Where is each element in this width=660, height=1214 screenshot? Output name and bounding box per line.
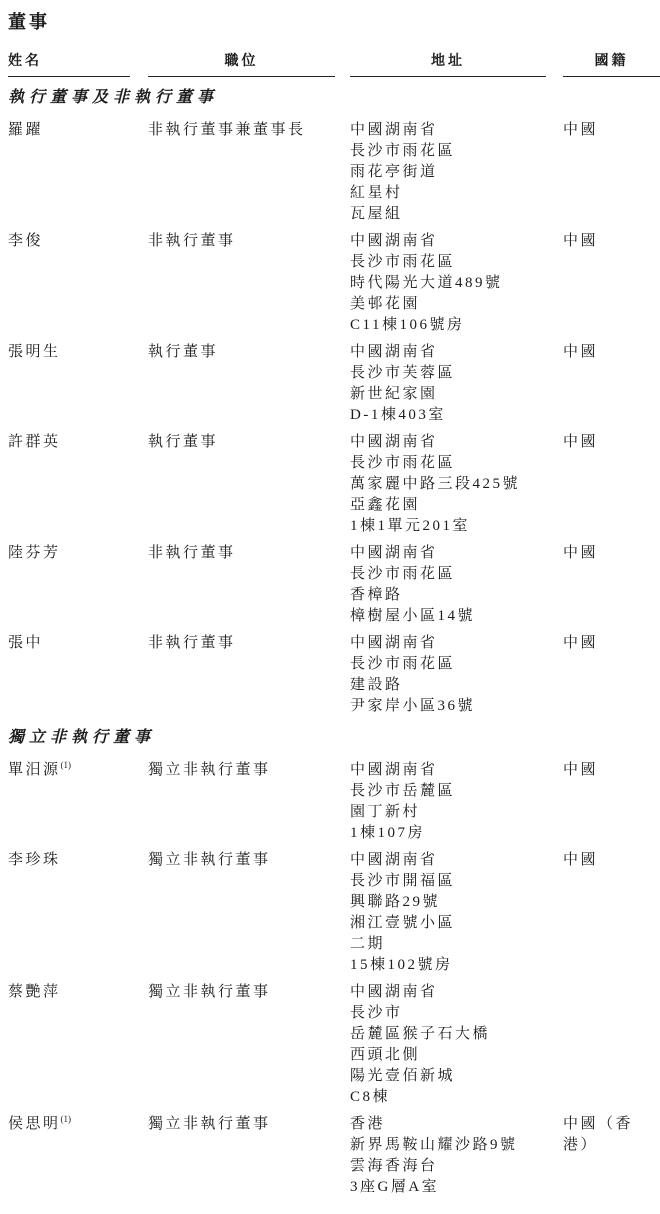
director-position: 非執行董事 (148, 231, 350, 252)
address-line: 興聯路29號 (350, 892, 563, 913)
address-line: 雲海香海台 (350, 1156, 563, 1177)
director-name: 蔡艷萍 (8, 982, 148, 1003)
address-line: 尹家岸小區36號 (350, 696, 563, 717)
director-row: 陸芬芳 非執行董事 中國湖南省長沙市雨花區香樟路樟樹屋小區14號 中國 (8, 543, 660, 627)
director-nationality: 中國 (563, 432, 660, 453)
director-name-text: 羅躍 (8, 122, 43, 138)
director-position: 獨立非執行董事 (148, 982, 350, 1003)
address-line: 1棟107房 (350, 823, 563, 844)
director-name-text: 蔡艷萍 (8, 984, 61, 1000)
address-line: 長沙市岳麓區 (350, 781, 563, 802)
director-address: 中國湖南省長沙市雨花區香樟路樟樹屋小區14號 (350, 543, 563, 627)
address-line: 中國湖南省 (350, 120, 563, 141)
address-line: 中國湖南省 (350, 432, 563, 453)
director-position: 非執行董事 (148, 543, 350, 564)
address-line: 長沙市雨花區 (350, 252, 563, 273)
director-name-text: 李珍珠 (8, 852, 61, 868)
address-line: C8棟 (350, 1087, 563, 1108)
director-nationality: 中國 (563, 850, 660, 871)
address-line: 湘江壹號小區 (350, 913, 563, 934)
director-nationality: 中國 (563, 120, 660, 141)
director-row: 張中 非執行董事 中國湖南省長沙市雨花區建設路尹家岸小區36號 中國 (8, 633, 660, 717)
address-line: 樟樹屋小區14號 (350, 606, 563, 627)
director-position: 執行董事 (148, 342, 350, 363)
address-line: 長沙市雨花區 (350, 654, 563, 675)
director-name-text: 侯思明 (8, 1116, 61, 1132)
director-name: 張明生 (8, 342, 148, 363)
section-rows: 羅躍 非執行董事兼董事長 中國湖南省長沙市雨花區雨花亭街道紅星村瓦屋組 中國 李… (8, 120, 660, 717)
address-line: 3座G層A室 (350, 1177, 563, 1198)
director-address: 中國湖南省長沙市雨花區萬家麗中路三段425號亞鑫花園1棟1單元201室 (350, 432, 563, 537)
director-name-text: 許群英 (8, 434, 61, 450)
column-header-position: 職位 (148, 50, 335, 77)
director-name: 李珍珠 (8, 850, 148, 871)
director-address: 中國湖南省長沙市雨花區時代陽光大道489號美邨花園C11棟106號房 (350, 231, 563, 336)
director-position: 獨立非執行董事 (148, 850, 350, 871)
director-nationality: 中國 (563, 543, 660, 564)
director-row: 許群英 執行董事 中國湖南省長沙市雨花區萬家麗中路三段425號亞鑫花園1棟1單元… (8, 432, 660, 537)
address-line: 園丁新村 (350, 802, 563, 823)
address-line: 香樟路 (350, 585, 563, 606)
address-line: 中國湖南省 (350, 850, 563, 871)
address-line: D-1棟403室 (350, 405, 563, 426)
director-row: 侯思明(1) 獨立非執行董事 香港新界馬鞍山耀沙路9號雲海香海台3座G層A室 中… (8, 1114, 660, 1198)
director-nationality: 中國（香港） (563, 1114, 660, 1156)
address-line: 中國湖南省 (350, 982, 563, 1003)
address-line: 西頭北側 (350, 1045, 563, 1066)
address-line: 雨花亭街道 (350, 162, 563, 183)
director-name-text: 單汨源 (8, 762, 61, 778)
director-position: 獨立非執行董事 (148, 760, 350, 781)
director-nationality: 中國 (563, 342, 660, 363)
column-header-nationality: 國籍 (563, 50, 660, 77)
director-name: 李俊 (8, 231, 148, 252)
table-header-row: 姓名 職位 地址 國籍 (8, 50, 660, 77)
address-line: C11棟106號房 (350, 315, 563, 336)
director-name: 張中 (8, 633, 148, 654)
director-name: 陸芬芳 (8, 543, 148, 564)
directors-table: 執行董事及非執行董事 羅躍 非執行董事兼董事長 中國湖南省長沙市雨花區雨花亭街道… (8, 84, 660, 1198)
section-heading: 執行董事及非執行董事 (8, 84, 660, 107)
page-title: 董事 (8, 8, 660, 34)
address-line: 二期 (350, 934, 563, 955)
director-address: 中國湖南省長沙市雨花區雨花亭街道紅星村瓦屋組 (350, 120, 563, 225)
address-line: 瓦屋組 (350, 204, 563, 225)
address-line: 紅星村 (350, 183, 563, 204)
footnote-marker: (1) (61, 760, 72, 770)
directors-section: 獨立非執行董事 單汨源(1) 獨立非執行董事 中國湖南省長沙市岳麓區園丁新村1棟… (8, 724, 660, 1198)
director-name-text: 陸芬芳 (8, 545, 61, 561)
director-address: 中國湖南省長沙市開福區興聯路29號湘江壹號小區二期15棟102號房 (350, 850, 563, 976)
address-line: 中國湖南省 (350, 633, 563, 654)
address-line: 中國湖南省 (350, 760, 563, 781)
director-address: 香港新界馬鞍山耀沙路9號雲海香海台3座G層A室 (350, 1114, 563, 1198)
document-page: 董事 姓名 職位 地址 國籍 執行董事及非執行董事 羅躍 非執行董事兼董事長 中… (0, 0, 660, 1214)
column-header-name: 姓名 (8, 50, 130, 77)
director-row: 李珍珠 獨立非執行董事 中國湖南省長沙市開福區興聯路29號湘江壹號小區二期15棟… (8, 850, 660, 976)
director-row: 羅躍 非執行董事兼董事長 中國湖南省長沙市雨花區雨花亭街道紅星村瓦屋組 中國 (8, 120, 660, 225)
address-line: 新界馬鞍山耀沙路9號 (350, 1135, 563, 1156)
address-line: 中國湖南省 (350, 342, 563, 363)
address-line: 長沙市開福區 (350, 871, 563, 892)
director-position: 非執行董事 (148, 633, 350, 654)
director-name: 許群英 (8, 432, 148, 453)
director-name: 羅躍 (8, 120, 148, 141)
address-line: 長沙市雨花區 (350, 141, 563, 162)
address-line: 中國湖南省 (350, 231, 563, 252)
director-row: 張明生 執行董事 中國湖南省長沙市芙蓉區新世紀家園D-1棟403室 中國 (8, 342, 660, 426)
director-row: 單汨源(1) 獨立非執行董事 中國湖南省長沙市岳麓區園丁新村1棟107房 中國 (8, 760, 660, 844)
director-position: 執行董事 (148, 432, 350, 453)
footnote-marker: (1) (61, 1114, 72, 1124)
director-address: 中國湖南省長沙市岳麓區猴子石大橋西頭北側陽光壹佰新城C8棟 (350, 982, 563, 1108)
address-line: 美邨花園 (350, 294, 563, 315)
address-line: 中國湖南省 (350, 543, 563, 564)
section-rows: 單汨源(1) 獨立非執行董事 中國湖南省長沙市岳麓區園丁新村1棟107房 中國 … (8, 760, 660, 1198)
address-line: 長沙市 (350, 1003, 563, 1024)
address-line: 1棟1單元201室 (350, 516, 563, 537)
director-name: 單汨源(1) (8, 760, 148, 781)
address-line: 萬家麗中路三段425號 (350, 474, 563, 495)
director-nationality: 中國 (563, 760, 660, 781)
director-name: 侯思明(1) (8, 1114, 148, 1135)
director-row: 蔡艷萍 獨立非執行董事 中國湖南省長沙市岳麓區猴子石大橋西頭北側陽光壹佰新城C8… (8, 982, 660, 1108)
director-name-text: 張明生 (8, 344, 61, 360)
director-address: 中國湖南省長沙市芙蓉區新世紀家園D-1棟403室 (350, 342, 563, 426)
director-name-text: 李俊 (8, 233, 43, 249)
director-address: 中國湖南省長沙市雨花區建設路尹家岸小區36號 (350, 633, 563, 717)
address-line: 長沙市雨花區 (350, 564, 563, 585)
address-line: 建設路 (350, 675, 563, 696)
directors-section: 執行董事及非執行董事 羅躍 非執行董事兼董事長 中國湖南省長沙市雨花區雨花亭街道… (8, 84, 660, 717)
director-position: 非執行董事兼董事長 (148, 120, 350, 141)
address-line: 長沙市芙蓉區 (350, 363, 563, 384)
director-row: 李俊 非執行董事 中國湖南省長沙市雨花區時代陽光大道489號美邨花園C11棟10… (8, 231, 660, 336)
section-heading: 獨立非執行董事 (8, 724, 660, 747)
address-line: 長沙市雨花區 (350, 453, 563, 474)
address-line: 時代陽光大道489號 (350, 273, 563, 294)
director-position: 獨立非執行董事 (148, 1114, 350, 1135)
address-line: 岳麓區猴子石大橋 (350, 1024, 563, 1045)
address-line: 香港 (350, 1114, 563, 1135)
address-line: 陽光壹佰新城 (350, 1066, 563, 1087)
address-line: 亞鑫花園 (350, 495, 563, 516)
column-header-address: 地址 (350, 50, 546, 77)
address-line: 新世紀家園 (350, 384, 563, 405)
director-nationality: 中國 (563, 231, 660, 252)
director-name-text: 張中 (8, 635, 43, 651)
address-line: 15棟102號房 (350, 955, 563, 976)
director-address: 中國湖南省長沙市岳麓區園丁新村1棟107房 (350, 760, 563, 844)
director-nationality: 中國 (563, 633, 660, 654)
